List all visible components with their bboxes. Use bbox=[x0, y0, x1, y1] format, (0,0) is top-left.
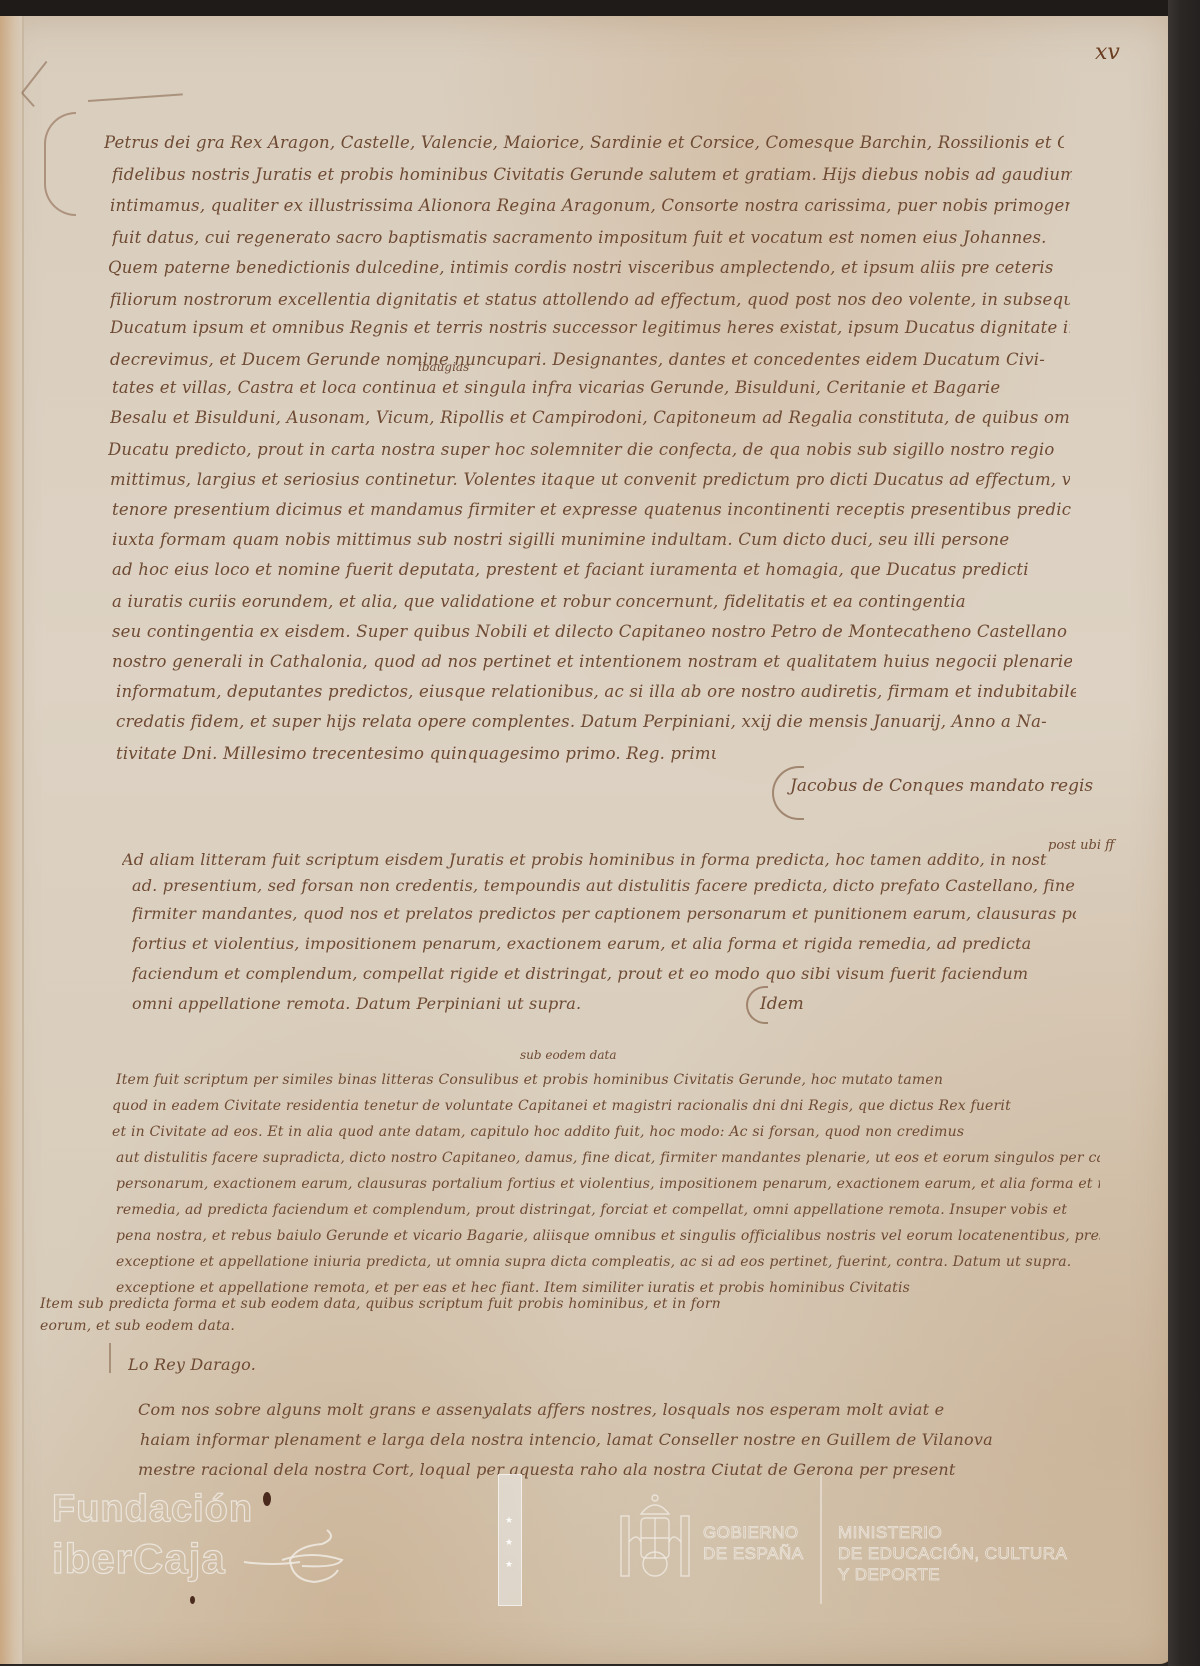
margin-stroke bbox=[109, 1343, 111, 1373]
manuscript-line: Ducatu predicto, prout in carta nostra s… bbox=[108, 440, 1068, 459]
manuscript-line: nostro generali in Cathalonia, quod ad n… bbox=[112, 652, 1072, 671]
initial-flourish bbox=[44, 112, 76, 216]
manuscript-line: fortius et violentius, impositionem pena… bbox=[132, 934, 1076, 953]
manuscript-line: quod in eadem Civitate residentia tenetu… bbox=[112, 1098, 1100, 1114]
manuscript-line: pena nostra, et rebus baiulo Gerunde et … bbox=[116, 1228, 1100, 1244]
manuscript-line: tivitate Dni. Millesimo trecentesimo qui… bbox=[116, 744, 716, 763]
page-binding-line bbox=[22, 16, 24, 1664]
manuscript-line: personarum, exactionem earum, clausuras … bbox=[116, 1176, 1100, 1192]
manuscript-line: ad. presentium, sed forsan non credentis… bbox=[132, 876, 1076, 895]
gov-line-2: DE ESPAÑA bbox=[703, 1543, 804, 1564]
spain-coat-of-arms-icon bbox=[617, 1492, 693, 1584]
manuscript-line: Item sub predicta forma et sub eodem dat… bbox=[40, 1296, 720, 1312]
watermark-ministerio: MINISTERIO DE EDUCACIÓN, CULTURA Y DEPOR… bbox=[838, 1522, 1067, 1585]
manuscript-line: Besalu et Bisulduni, Ausonam, Vicum, Rip… bbox=[110, 408, 1070, 427]
manuscript-line: tates et villas, Castra et loca continua… bbox=[112, 378, 1072, 397]
manuscript-line: tenore presentium dicimus et mandamus fi… bbox=[112, 500, 1072, 519]
manuscript-line: iuxta formam quam nobis mittimus sub nos… bbox=[112, 530, 1072, 549]
manuscript-line: Ad aliam litteram fuit scriptum eisdem J… bbox=[122, 850, 1048, 869]
manuscript-line: et in Civitate ad eos. Et in alia quod a… bbox=[112, 1124, 1100, 1140]
manuscript-line: eorum, et sub eodem data. bbox=[40, 1318, 280, 1334]
manuscript-line: faciendum et complendum, compellat rigid… bbox=[132, 964, 1076, 983]
manuscript-heading: Lo Rey Darago. bbox=[128, 1355, 388, 1374]
ministry-line-1: MINISTERIO bbox=[838, 1522, 1067, 1543]
manuscript-line: informatum, deputantes predictos, eiusqu… bbox=[116, 682, 1076, 701]
scribe-signature: Idem bbox=[760, 994, 804, 1014]
manuscript-line: intimamus, qualiter ex illustrissima Ali… bbox=[110, 196, 1070, 215]
manuscript-line: credatis fidem, et super hijs relata ope… bbox=[116, 712, 1076, 731]
manuscript-line: mittimus, largius et seriosius continetu… bbox=[110, 470, 1070, 489]
manuscript-line: seu contingentia ex eisdem. Super quibus… bbox=[112, 622, 1072, 641]
manuscript-line: decrevimus, et Ducem Gerunde nomine nunc… bbox=[110, 350, 1070, 369]
watermark-divider bbox=[820, 1474, 822, 1604]
manuscript-line: aut distulitis facere supradicta, dicto … bbox=[116, 1150, 1100, 1166]
scribe-signature: Jacobus de Conques mandato regis bbox=[790, 776, 1093, 796]
manuscript-line: ad hoc eius loco et nomine fuerit deputa… bbox=[112, 560, 1072, 579]
watermark-fundacion: Fundación bbox=[52, 1488, 253, 1531]
interlinear-note: ibaugias bbox=[418, 360, 469, 374]
manuscript-line: filiorum nostrorum excellentia dignitati… bbox=[110, 290, 1070, 309]
ibercaja-logo-icon bbox=[242, 1520, 352, 1590]
manuscript-line: Quem paterne benedictionis dulcedine, in… bbox=[108, 258, 1068, 277]
manuscript-line: a iuratis curiis eorundem, et alia, que … bbox=[112, 592, 1072, 611]
manuscript-line: fuit datus, cui regenerato sacro baptism… bbox=[112, 228, 1072, 247]
ministry-line-3: Y DEPORTE bbox=[838, 1564, 1067, 1585]
manuscript-line: mestre racional dela nostra Cort, loqual… bbox=[138, 1460, 1068, 1479]
ink-blot bbox=[190, 1596, 195, 1604]
folio-number: xv bbox=[1095, 40, 1120, 65]
ink-blot bbox=[263, 1492, 271, 1506]
ministry-line-2: DE EDUCACIÓN, CULTURA bbox=[838, 1543, 1067, 1564]
star-icons: ★★★ bbox=[498, 1510, 520, 1576]
watermark-gobierno: GOBIERNO DE ESPAÑA bbox=[703, 1522, 804, 1564]
manuscript-line: exceptione et appellatione remota, et pe… bbox=[116, 1280, 1100, 1296]
manuscript-line: Ducatum ipsum et omnibus Regnis et terri… bbox=[110, 318, 1070, 337]
manuscript-line: omni appellatione remota. Datum Perpinia… bbox=[132, 994, 692, 1013]
manuscript-line: haiam informar plenament e larga dela no… bbox=[140, 1430, 1070, 1449]
manuscript-line: firmiter mandantes, quod nos et prelatos… bbox=[132, 904, 1076, 923]
manuscript-line: exceptione et appellatione iniuria predi… bbox=[116, 1254, 1100, 1270]
margin-note: post ubi ff bbox=[1048, 838, 1114, 853]
manuscript-line: remedia, ad predicta faciendum et comple… bbox=[116, 1202, 1096, 1218]
manuscript-line: Petrus dei gra Rex Aragon, Castelle, Val… bbox=[104, 133, 1064, 152]
manuscript-line: Item fuit scriptum per similes binas lit… bbox=[116, 1072, 1086, 1088]
interlinear-note: sub eodem data bbox=[520, 1048, 617, 1062]
gov-line-1: GOBIERNO bbox=[703, 1522, 804, 1543]
page-binding-edge bbox=[0, 16, 24, 1664]
manuscript-line: fidelibus nostris Juratis et probis homi… bbox=[112, 165, 1072, 184]
manuscript-line: Com nos sobre alguns molt grans e asseny… bbox=[138, 1400, 1078, 1419]
scan-frame-right bbox=[1168, 0, 1200, 1666]
watermark-ibercaja: iberCaja bbox=[52, 1535, 226, 1583]
